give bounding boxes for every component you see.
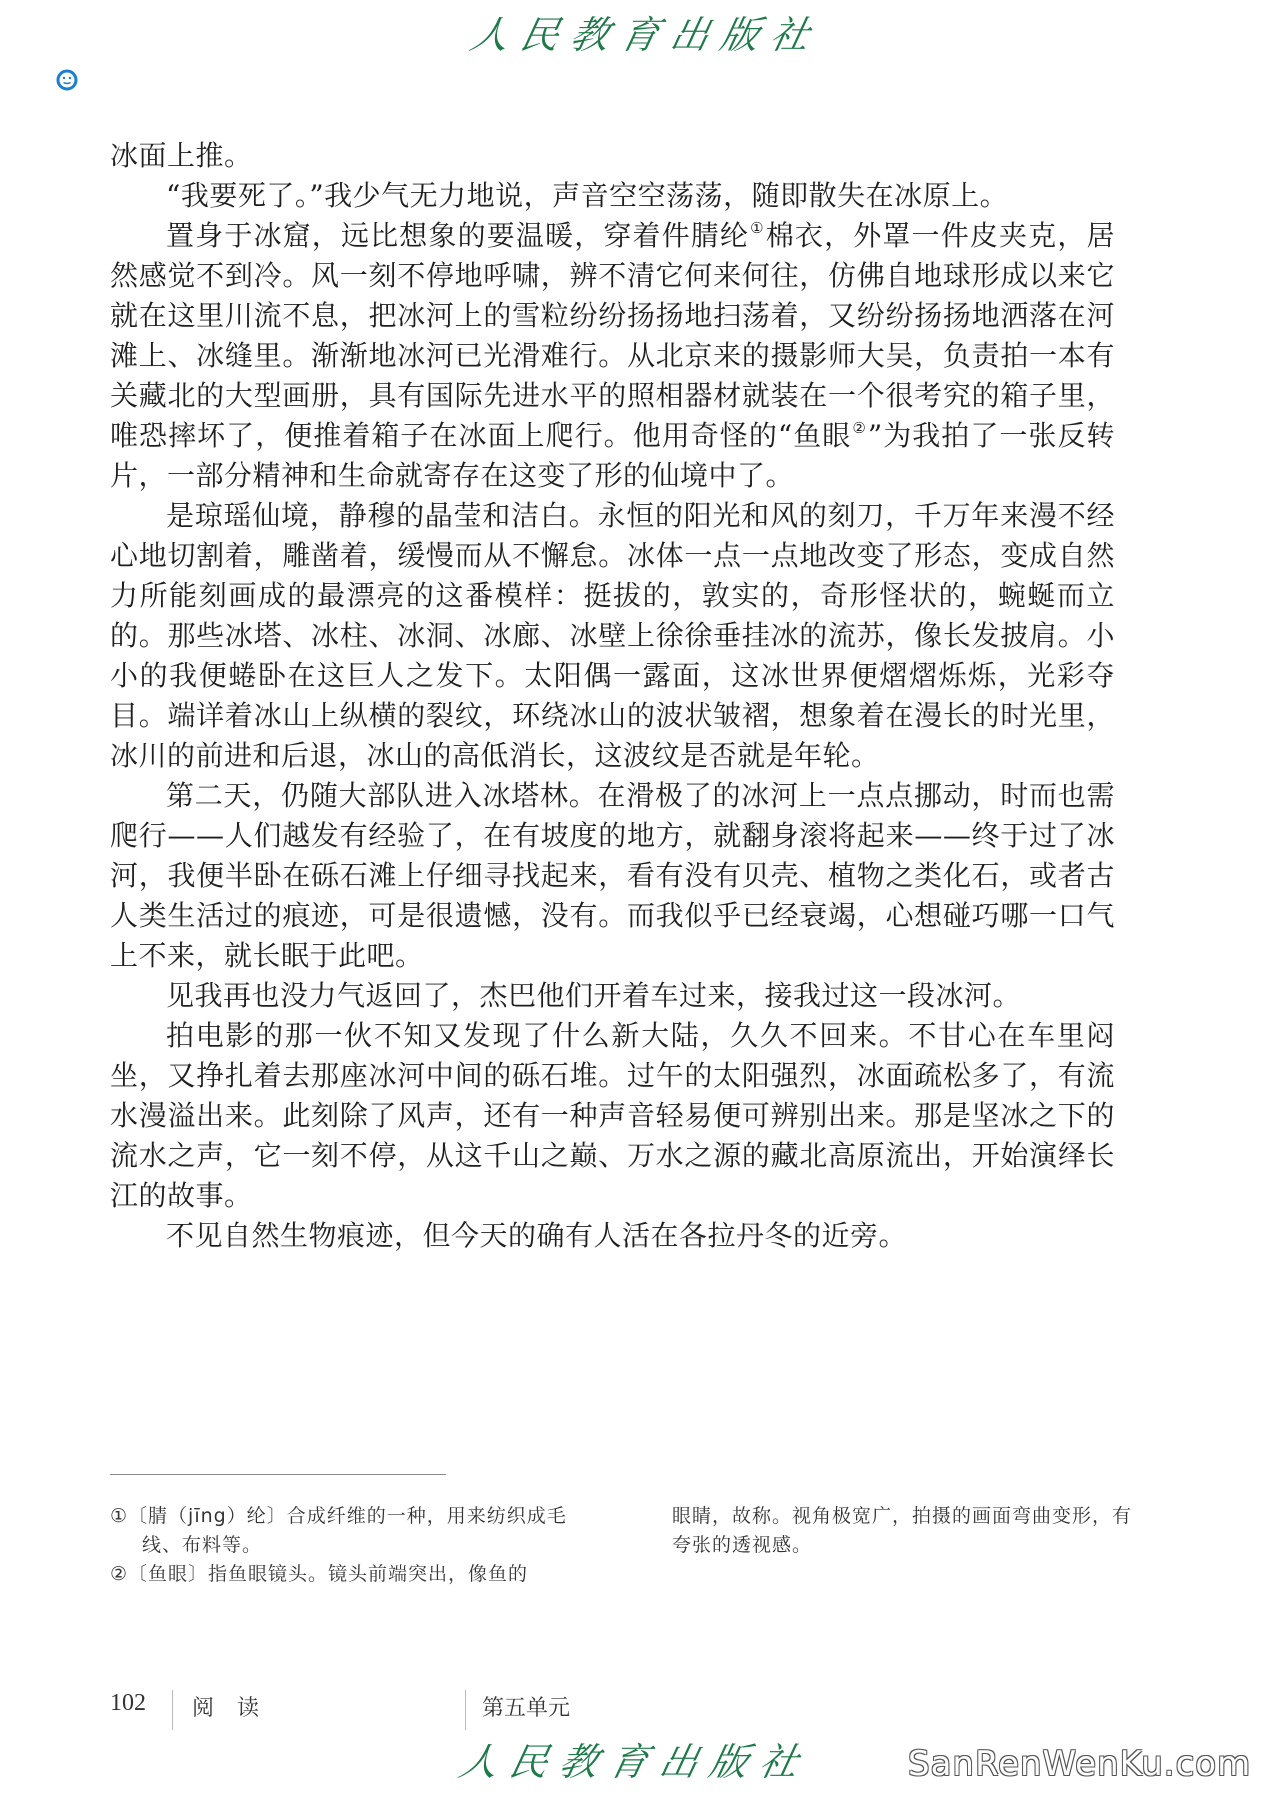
footnote-ref-2[interactable]: ② <box>852 419 867 437</box>
footnote-2: ②〔鱼眼〕指鱼眼镜头。镜头前端突出，像鱼的 <box>110 1560 590 1589</box>
watermark: SanRenWenKu.com <box>908 1744 1251 1784</box>
unit-label: 第五单元 <box>482 1691 570 1722</box>
footnote-ref-1[interactable]: ① <box>750 219 765 237</box>
divider <box>172 1690 173 1730</box>
page-number: 102 <box>110 1690 146 1717</box>
publisher-logo-header: 人民教育出版社 <box>460 8 831 62</box>
footnote-marker: ① <box>110 1505 128 1527</box>
smiley-face-icon[interactable] <box>56 69 78 91</box>
paragraph-text: 棉衣，外罩一件皮夹克，居然感觉不到冷。风一刻不停地呼啸，辨不清它何来何往，仿佛自… <box>110 219 1115 452</box>
paragraph: 第二天，仍随大部队进入冰塔林。在滑极了的冰河上一点点挪动，时而也需爬行——人们越… <box>110 776 1115 976</box>
section-label: 阅 读 <box>192 1691 267 1722</box>
footnotes-left-column: ①〔腈（jīng）纶〕合成纤维的一种，用来纺织成毛线、布料等。 ②〔鱼眼〕指鱼眼… <box>110 1502 590 1589</box>
article-body: 冰面上推。 “我要死了。”我少气无力地说，声音空空荡荡，随即散失在冰原上。 置身… <box>110 136 1115 1256</box>
paragraph: 不见自然生物痕迹，但今天的确有人活在各拉丹冬的近旁。 <box>110 1216 1115 1256</box>
paragraph: 是琼瑶仙境，静穆的晶莹和洁白。永恒的阳光和风的刻刀，千万年来漫不经心地切割着，雕… <box>110 496 1115 776</box>
footnote-marker: ② <box>110 1563 128 1585</box>
page-footer: 102 阅 读 第五单元 <box>110 1690 710 1740</box>
paragraph-text: 置身于冰窟，远比想象的要温暖，穿着件腈纶 <box>166 219 749 252</box>
footnote-divider <box>110 1474 446 1475</box>
footnote-text: 〔鱼眼〕指鱼眼镜头。镜头前端突出，像鱼的 <box>128 1563 528 1585</box>
divider <box>465 1690 466 1730</box>
footnote-text: 〔腈（jīng）纶〕合成纤维的一种，用来纺织成毛线、布料等。 <box>128 1505 567 1556</box>
footnote-2-continued: 眼睛，故称。视角极宽广，拍摄的画面弯曲变形，有夸张的透视感。 <box>672 1502 1132 1560</box>
paragraph: “我要死了。”我少气无力地说，声音空空荡荡，随即散失在冰原上。 <box>110 176 1115 216</box>
paragraph: 置身于冰窟，远比想象的要温暖，穿着件腈纶①棉衣，外罩一件皮夹克，居然感觉不到冷。… <box>110 216 1115 496</box>
paragraph: 拍电影的那一伙不知又发现了什么新大陆，久久不回来。不甘心在车里闷坐，又挣扎着去那… <box>110 1016 1115 1216</box>
footnotes-right-column: 眼睛，故称。视角极宽广，拍摄的画面弯曲变形，有夸张的透视感。 <box>672 1502 1132 1560</box>
paragraph: 冰面上推。 <box>110 136 1115 176</box>
footnote-1: ①〔腈（jīng）纶〕合成纤维的一种，用来纺织成毛线、布料等。 <box>110 1502 590 1560</box>
publisher-logo-footer: 人民教育出版社 <box>449 1735 820 1789</box>
paragraph: 见我再也没力气返回了，杰巴他们开着车过来，接我过这一段冰河。 <box>110 976 1115 1016</box>
